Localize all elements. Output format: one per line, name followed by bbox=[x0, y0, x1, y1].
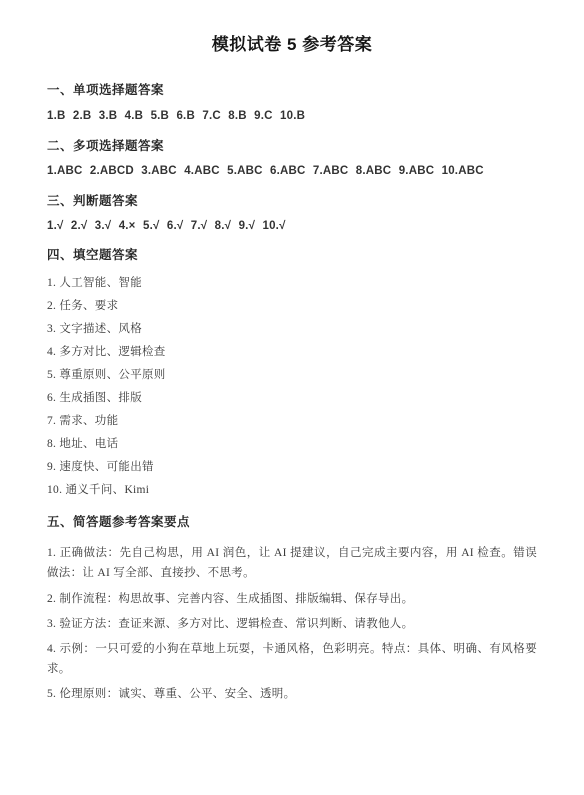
fill-blank-item: 7. 需求、功能 bbox=[47, 414, 537, 429]
fill-blank-item: 9. 速度快、可能出错 bbox=[47, 460, 537, 475]
fill-blank-item: 4. 多方对比、逻辑检查 bbox=[47, 345, 537, 360]
answer-line-true-false: 1.√ 2.√ 3.√ 4.× 5.√ 6.√ 7.√ 8.√ 9.√ 10.√ bbox=[47, 219, 537, 234]
section-heading-multiple-choice: 二、多项选择题答案 bbox=[47, 138, 537, 154]
fill-blank-item: 10. 通义千问、Kimi bbox=[47, 483, 537, 498]
fill-blank-item: 8. 地址、电话 bbox=[47, 437, 537, 452]
section-heading-fill-blank: 四、填空题答案 bbox=[47, 247, 537, 263]
answer-line-single-choice: 1.B 2.B 3.B 4.B 5.B 6.B 7.C 8.B 9.C 10.B bbox=[47, 109, 537, 124]
section-heading-short-answer: 五、简答题参考答案要点 bbox=[47, 514, 537, 530]
short-answer-paragraph: 5. 伦理原则：诚实、尊重、公平、安全、透明。 bbox=[47, 684, 537, 704]
answer-line-multiple-choice: 1.ABC 2.ABCD 3.ABC 4.ABC 5.ABC 6.ABC 7.A… bbox=[47, 164, 537, 179]
section-heading-true-false: 三、判断题答案 bbox=[47, 193, 537, 209]
document-title: 模拟试卷 5 参考答案 bbox=[47, 36, 537, 54]
fill-blank-item: 6. 生成插图、排版 bbox=[47, 391, 537, 406]
fill-blank-item: 2. 任务、要求 bbox=[47, 299, 537, 314]
short-answer-paragraph: 1. 正确做法：先自己构思，用 AI 润色，让 AI 提建议，自己完成主要内容，… bbox=[47, 543, 537, 583]
document-page: 模拟试卷 5 参考答案 一、单项选择题答案 1.B 2.B 3.B 4.B 5.… bbox=[0, 0, 584, 795]
fill-blank-item: 1. 人工智能、智能 bbox=[47, 276, 537, 291]
short-answer-paragraph: 4. 示例：一只可爱的小狗在草地上玩耍，卡通风格，色彩明亮。特点：具体、明确、有… bbox=[47, 639, 537, 679]
section-heading-single-choice: 一、单项选择题答案 bbox=[47, 82, 537, 98]
fill-blank-item: 5. 尊重原则、公平原则 bbox=[47, 368, 537, 383]
fill-blank-item: 3. 文字描述、风格 bbox=[47, 322, 537, 337]
short-answer-paragraph: 3. 验证方法：查证来源、多方对比、逻辑检查、常识判断、请教他人。 bbox=[47, 614, 537, 634]
short-answer-paragraph: 2. 制作流程：构思故事、完善内容、生成插图、排版编辑、保存导出。 bbox=[47, 589, 537, 609]
